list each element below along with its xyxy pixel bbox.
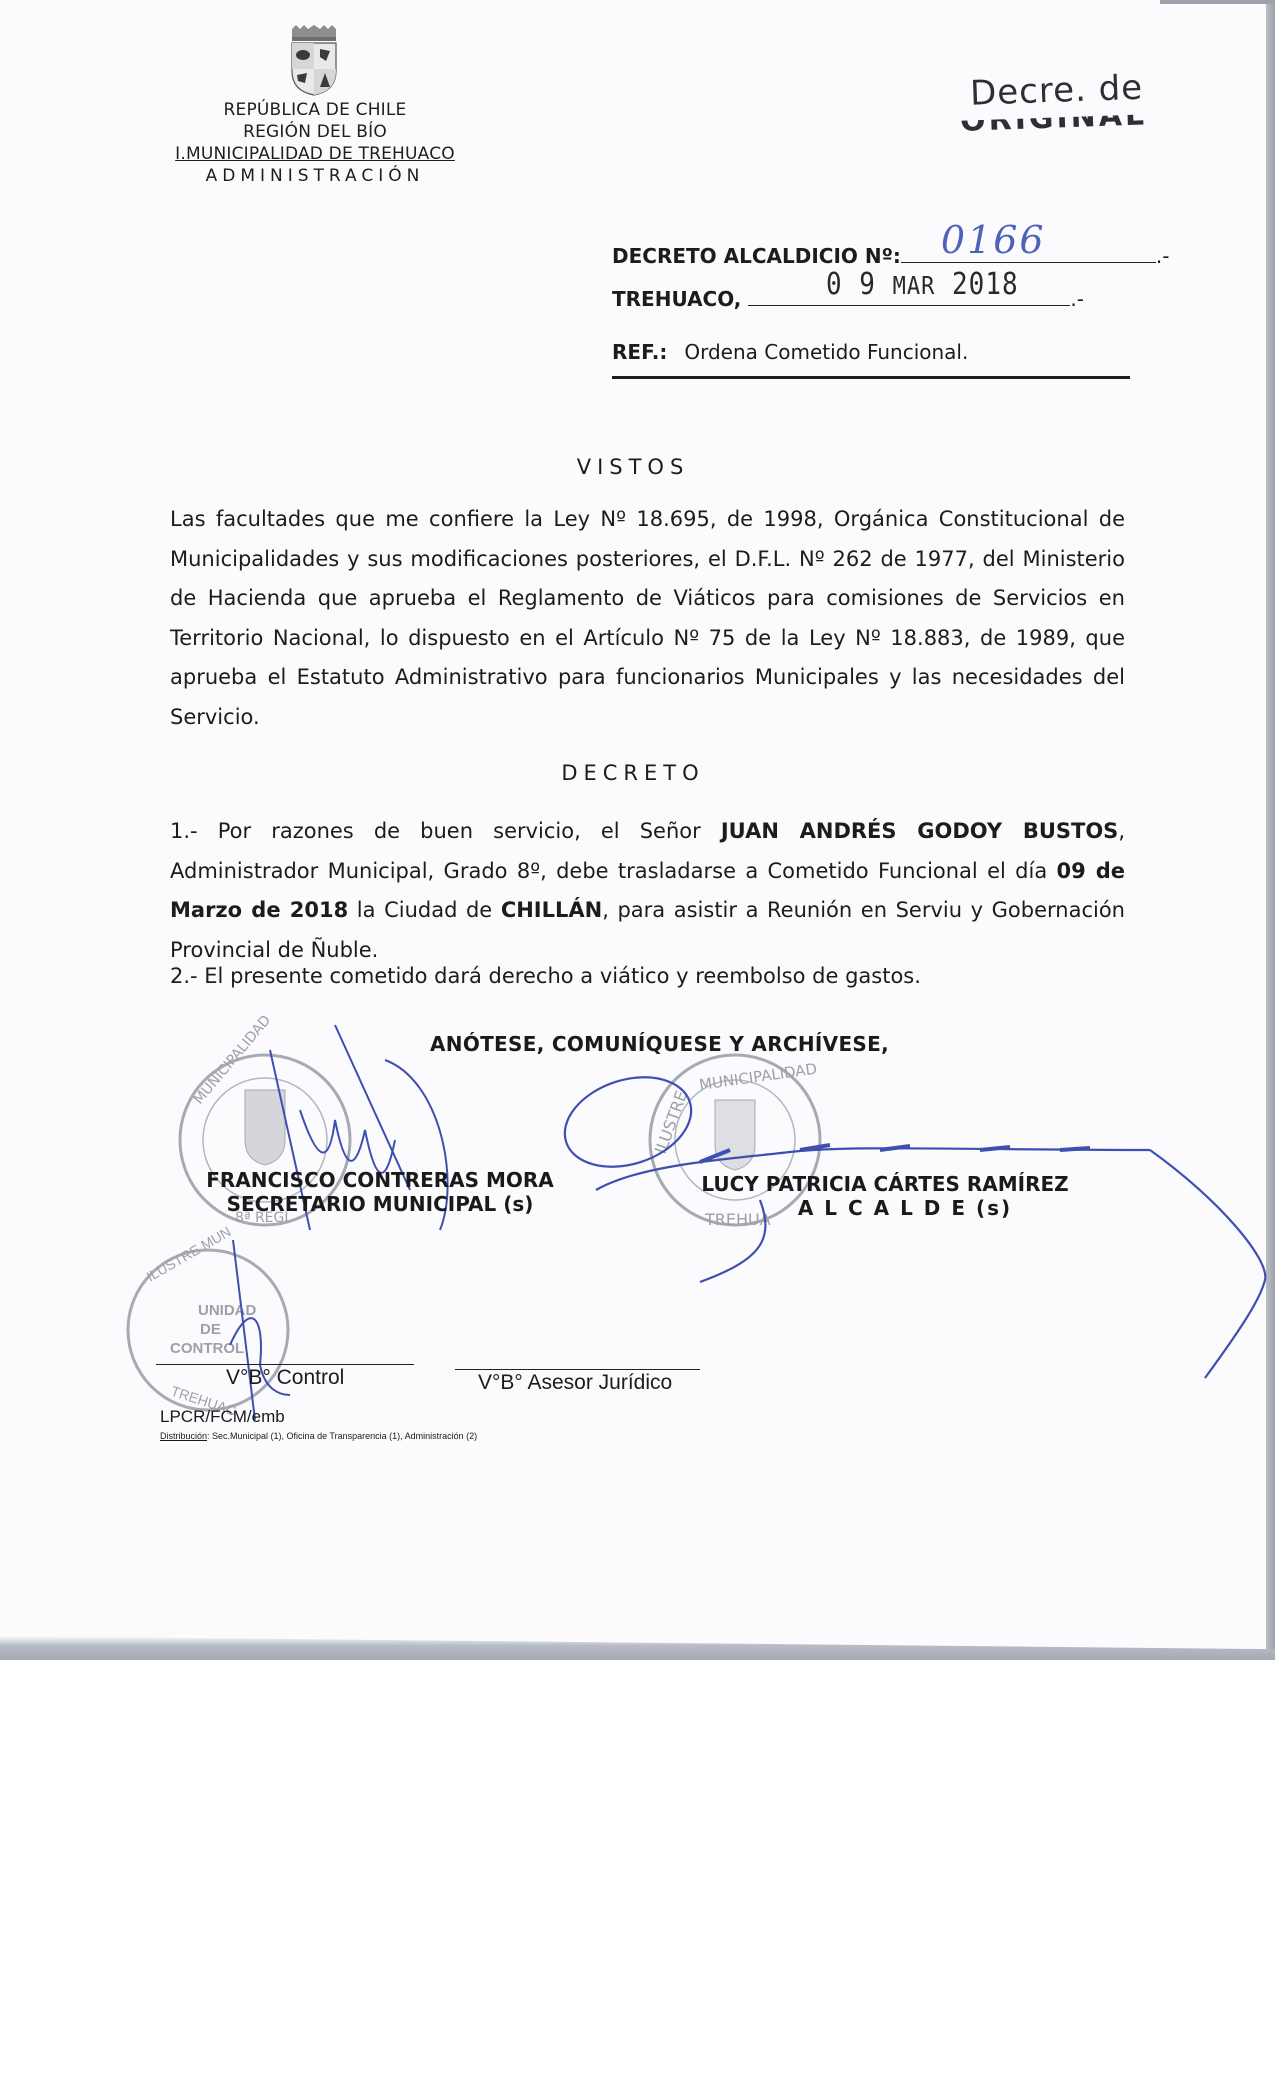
decree-number-field: DECRETO ALCALDICIO Nº:0166.- bbox=[612, 232, 1169, 268]
place-date-field: TREHUACO, .- bbox=[612, 287, 1084, 311]
commission-city: CHILLÁN bbox=[501, 898, 602, 922]
reference-divider bbox=[612, 376, 1130, 379]
distribution-text: : Sec.Municipal (1), Oficina de Transpar… bbox=[207, 1431, 477, 1441]
header-region: REGIÓN DEL BÍO bbox=[170, 122, 460, 142]
signatory-2: LUCY PATRICIA CÁRTES RAMÍREZ A L C A L D… bbox=[690, 1172, 1080, 1220]
header-municipalidad: I.MUNICIPALIDAD DE TREHUACO bbox=[170, 144, 460, 164]
line-suffix: .- bbox=[1070, 287, 1084, 311]
closing-formula: ANÓTESE, COMUNÍQUESE Y ARCHÍVESE, bbox=[430, 1032, 889, 1056]
decreto-title: DECRETO bbox=[0, 761, 1266, 785]
legal-approval-label: V°B° Asesor Jurídico bbox=[478, 1371, 672, 1395]
signatory-1: FRANCISCO CONTRERAS MORA SECRETARIO MUNI… bbox=[195, 1168, 565, 1216]
original-stamp-line1: Decre. de bbox=[969, 67, 1240, 110]
vistos-title: VISTOS bbox=[0, 455, 1266, 479]
line-suffix: .- bbox=[1156, 244, 1170, 268]
municipalidad-name: I.MUNICIPALIDAD DE TREHUACO bbox=[175, 144, 455, 164]
signatory-2-name: LUCY PATRICIA CÁRTES RAMÍREZ bbox=[690, 1172, 1080, 1196]
reference-label: REF.: bbox=[612, 340, 667, 364]
original-stamp: Decre. de ORIGINAL bbox=[970, 72, 1240, 128]
control-approval-line bbox=[156, 1364, 414, 1365]
decreto-item-1: 1.- Por razones de buen servicio, el Señ… bbox=[170, 812, 1125, 970]
header-departamento: ADMINISTRACIÓN bbox=[170, 166, 460, 186]
coat-of-arms-icon bbox=[286, 25, 342, 97]
signatory-2-title: A L C A L D E (s) bbox=[690, 1196, 1080, 1220]
reference-field: REF.: Ordena Cometido Funcional. bbox=[612, 340, 968, 364]
control-approval-label: V°B° Control bbox=[226, 1366, 344, 1390]
scan-edge-top bbox=[1160, 0, 1275, 4]
decree-number-label: DECRETO ALCALDICIO Nº: bbox=[612, 244, 901, 268]
scan-edge-right bbox=[1266, 0, 1275, 1660]
decree-number-value: 0166 bbox=[941, 218, 1046, 262]
vistos-paragraph: Las facultades que me confiere la Ley Nº… bbox=[170, 500, 1125, 737]
official-name: JUAN ANDRÉS GODOY BUSTOS bbox=[721, 819, 1118, 843]
header-republica: REPÚBLICA DE CHILE bbox=[170, 100, 460, 120]
distribution-label: Distribución bbox=[160, 1431, 207, 1441]
department-name: ADMINISTRACIÓN bbox=[206, 166, 425, 186]
drafter-initials: LPCR/FCM/emb bbox=[160, 1407, 285, 1427]
place-label: TREHUACO, bbox=[612, 287, 741, 311]
decreto-item-2: 2.- El presente cometido dará derecho a … bbox=[170, 957, 1125, 997]
distribution-list: Distribución: Sec.Municipal (1), Oficina… bbox=[160, 1431, 477, 1441]
signatory-1-title: SECRETARIO MUNICIPAL (s) bbox=[195, 1192, 565, 1216]
legal-approval-line bbox=[455, 1369, 700, 1370]
signatory-1-name: FRANCISCO CONTRERAS MORA bbox=[195, 1168, 565, 1192]
reference-value: Ordena Cometido Funcional. bbox=[684, 340, 968, 364]
